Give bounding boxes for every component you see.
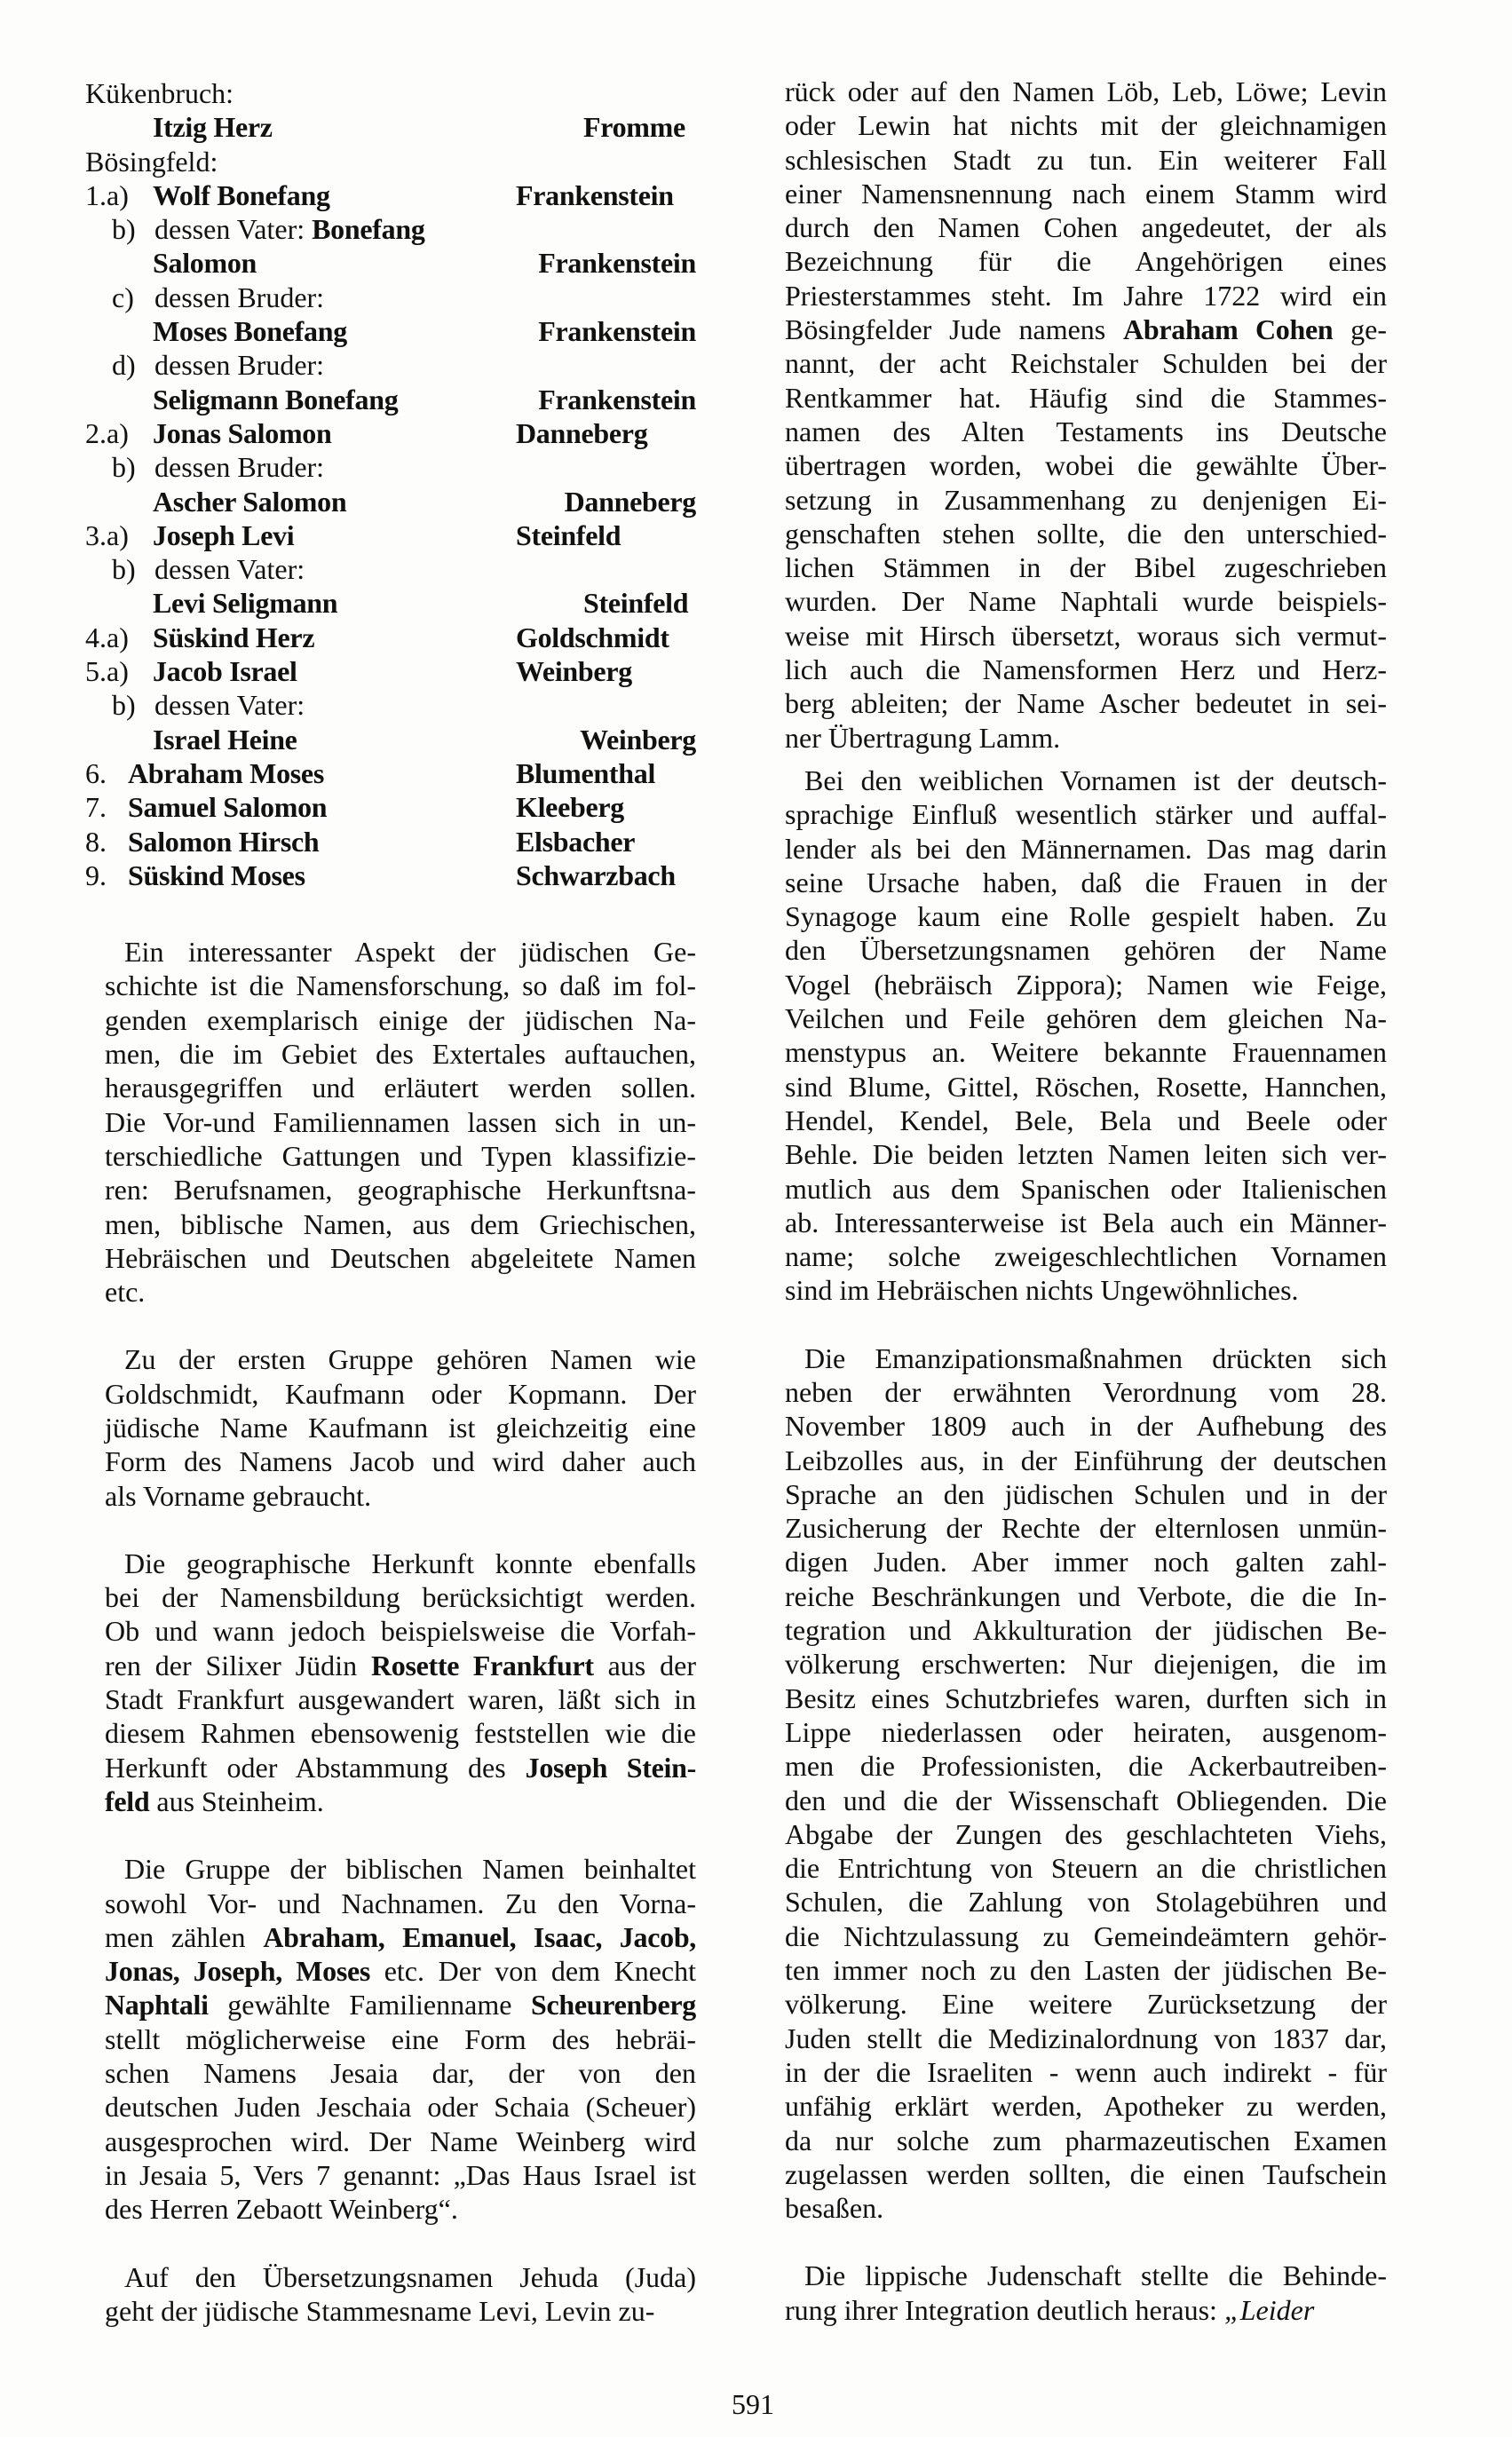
label: dessen Bruder: xyxy=(154,451,324,483)
paragraph: Die Gruppe der biblischen Namen beinhalt… xyxy=(85,1852,696,2226)
text-line: schen Namens Jesaia dar, der von den xyxy=(85,2056,696,2090)
family-name: Weinberg xyxy=(516,654,632,688)
text-line: jüdische Name Kaufmann ist gleichzeitig … xyxy=(85,1411,696,1444)
text-line: Zusicherung der Rechte der elternlosen u… xyxy=(765,1511,1387,1545)
label: Kükenbruch: xyxy=(85,77,234,109)
text-line: Die lippische Judenschaft stellte die Be… xyxy=(765,2259,1387,2292)
text-line: als Vorname gebraucht. xyxy=(85,1479,696,1513)
text-line: da nur solche zum pharmazeutischen Exame… xyxy=(765,2124,1387,2157)
text-line: ab. Interessanterweise ist Bela auch ein… xyxy=(765,1206,1387,1239)
list-number: 9. xyxy=(85,858,128,892)
person-name: Süskind Herz xyxy=(153,621,314,653)
text-line: ner Übertragung Lamm. xyxy=(765,721,1387,755)
label: dessen Bruder: xyxy=(154,281,324,313)
text-line: Synagoge kaum eine Rolle gespielt haben.… xyxy=(765,899,1387,933)
text-line: men, die im Gebiet des Extertales auftau… xyxy=(85,1037,696,1071)
text-line: einer Namensnennung nach einem Stamm wir… xyxy=(765,177,1387,210)
family-name: Frankenstein xyxy=(538,246,696,280)
text-line: men zählen Abraham, Emanuel, Isaac, Jaco… xyxy=(85,1920,696,1954)
text-line: sowohl Vor- und Nachnamen. Zu den Vorna- xyxy=(85,1887,696,1920)
list-item: Bösingfeld: xyxy=(85,145,696,178)
list-item: 1.a)Wolf BonefangFrankenstein xyxy=(85,178,696,212)
list-item: 6.Abraham MosesBlumenthal xyxy=(85,756,696,790)
person-name: Süskind Moses xyxy=(128,859,305,891)
family-name: Danneberg xyxy=(565,485,696,518)
text-line: den Übersetzungsnamen gehören der Name xyxy=(765,933,1387,967)
text-line: Ein interessanter Aspekt der jüdischen G… xyxy=(85,935,696,969)
text-line: menstypus an. Weitere bekannte Frauennam… xyxy=(765,1035,1387,1069)
text-line: men, biblische Namen, aus dem Griechisch… xyxy=(85,1207,696,1241)
bold-name: feld xyxy=(105,1785,149,1817)
list-number: 6. xyxy=(85,756,128,790)
text-line: Sprache an den jüdischen Schulen und in … xyxy=(765,1477,1387,1511)
text-line: feld aus Steinheim. xyxy=(85,1784,696,1818)
paragraph: Ein interessanter Aspekt der jüdischen G… xyxy=(85,935,696,1309)
text-line: rung ihrer Integration deutlich heraus: … xyxy=(765,2293,1387,2327)
list-item: Israel HeineWeinberg xyxy=(85,723,696,756)
text-line: herausgegriffen und erläutert werden sol… xyxy=(85,1071,696,1104)
person-name: Ascher Salomon xyxy=(153,486,346,518)
text-line: in Jesaia 5, Vers 7 genannt: „Das Haus I… xyxy=(85,2158,696,2192)
family-name: Goldschmidt xyxy=(516,621,669,654)
list-item: 2.a)Jonas SalomonDanneberg xyxy=(85,416,696,450)
family-name: Steinfeld xyxy=(516,518,621,552)
text-line: Bezeichnung für die Angehörigen eines xyxy=(765,244,1387,278)
family-name: Kleeberg xyxy=(516,790,624,824)
text-line: ten immer noch zu den Lasten der jüdisch… xyxy=(765,1953,1387,1987)
document-page: Kükenbruch:Itzig HerzFrommeBösingfeld:1.… xyxy=(0,0,1512,2437)
text-line: geht der jüdische Stammesname Levi, Levi… xyxy=(85,2294,696,2328)
label: dessen Vater: xyxy=(154,553,305,585)
list-item: Itzig HerzFromme xyxy=(85,110,696,144)
text-line: Besitz eines Schutzbriefes waren, durfte… xyxy=(765,1681,1387,1715)
person-name: Itzig Herz xyxy=(153,111,273,143)
text-line: Priesterstammes steht. Im Jahre 1722 wir… xyxy=(765,279,1387,313)
text-line: tegration und Akkulturation der jüdische… xyxy=(765,1613,1387,1647)
paragraph: rück oder auf den Namen Löb, Leb, Löwe; … xyxy=(765,75,1387,755)
right-column: rück oder auf den Namen Löb, Leb, Löwe; … xyxy=(765,75,1387,2327)
family-name: Fromme xyxy=(583,110,685,144)
text-line: digen Juden. Aber immer noch galten zahl… xyxy=(765,1545,1387,1579)
paragraph: Zu der ersten Gruppe gehören Namen wieGo… xyxy=(85,1342,696,1512)
text-line: schlesischen Stadt zu tun. Ein weiterer … xyxy=(765,143,1387,177)
list-number: 8. xyxy=(85,825,128,858)
person-name: Seligmann Bonefang xyxy=(153,384,398,415)
text-line: Vogel (hebräisch Zippora); Namen wie Fei… xyxy=(765,968,1387,1001)
list-item: b)dessen Vater: xyxy=(85,552,696,586)
list-number: c) xyxy=(112,281,154,314)
text-line: Leibzolles aus, in der Einführung der de… xyxy=(765,1444,1387,1477)
text-line: genschaften stehen sollte, die den unter… xyxy=(765,517,1387,550)
text-line: stellt möglicherweise eine Form des hebr… xyxy=(85,2022,696,2056)
label: dessen Bruder: xyxy=(154,349,324,381)
text-line: lender als bei den Männernamen. Das mag … xyxy=(765,832,1387,866)
list-item: 4.a)Süskind HerzGoldschmidt xyxy=(85,621,696,654)
text-line: zugelassen werden sollten, die einen Tau… xyxy=(765,2157,1387,2191)
text-line: in der die Israeliten - wenn auch indire… xyxy=(765,2055,1387,2089)
person-name: Jacob Israel xyxy=(153,655,297,687)
text-line: November 1809 auch in der Aufhebung des xyxy=(765,1409,1387,1443)
text-line: sprachige Einfluß wesentlich stärker und… xyxy=(765,797,1387,831)
person-name: Israel Heine xyxy=(153,724,297,756)
list-item: 8.Salomon HirschElsbacher xyxy=(85,825,696,858)
label: Bösingfeld: xyxy=(85,146,218,178)
list-number: 3.a) xyxy=(85,518,153,552)
text-line: Rentkammer hat. Häufig sind die Stammes- xyxy=(765,381,1387,415)
list-number: b) xyxy=(112,688,154,722)
text-line: Juden stellt die Medizinalordnung von 18… xyxy=(765,2022,1387,2055)
text-line: völkerung erschwerten: Nur diejenigen, d… xyxy=(765,1647,1387,1681)
text-line: diesem Rahmen ebensowenig feststellen wi… xyxy=(85,1716,696,1750)
text-line: neben der erwähnten Verordnung vom 28. xyxy=(765,1375,1387,1409)
text-line: Zu der ersten Gruppe gehören Namen wie xyxy=(85,1342,696,1376)
text-line: Die Vor-und Familiennamen lassen sich in… xyxy=(85,1105,696,1139)
family-name: Weinberg xyxy=(580,723,696,756)
list-item: b)dessen Vater: xyxy=(85,688,696,722)
text-line: berg ableiten; der Name Ascher bedeutet … xyxy=(765,686,1387,720)
family-name: Frankenstein xyxy=(538,314,696,348)
label: dessen Vater: xyxy=(154,213,305,245)
text-line: Veilchen und Feile gehören dem gleichen … xyxy=(765,1001,1387,1035)
text-line: setzung in Zusammenhang zu denjenigen Ei… xyxy=(765,483,1387,517)
list-item: 3.a)Joseph LeviSteinfeld xyxy=(85,518,696,552)
family-name: Frankenstein xyxy=(538,383,696,416)
text-line: besaßen. xyxy=(765,2191,1387,2225)
text-line: namen des Alten Testaments ins Deutsche xyxy=(765,415,1387,448)
text-line: Ob und wann jedoch beispielsweise die Vo… xyxy=(85,1614,696,1648)
list-item: Moses BonefangFrankenstein xyxy=(85,314,696,348)
text-line: terschiedliche Gattungen und Typen klass… xyxy=(85,1139,696,1173)
list-number: b) xyxy=(112,450,154,484)
text-line: unfähig erklärt werden, Apotheker zu wer… xyxy=(765,2089,1387,2123)
person-name: Wolf Bonefang xyxy=(153,179,330,211)
text-line: ausgesprochen wird. Der Name Weinberg wi… xyxy=(85,2124,696,2158)
bold-name: Scheurenberg xyxy=(531,1989,696,2021)
text-line: ren: Berufsnamen, geographische Herkunft… xyxy=(85,1173,696,1207)
text-line: rück oder auf den Namen Löb, Leb, Löwe; … xyxy=(765,75,1387,108)
text-line: schichte ist die Namensforschung, so daß… xyxy=(85,969,696,1002)
text-line: deutschen Juden Jeschaia oder Schaia (Sc… xyxy=(85,2090,696,2124)
text-line: genden exemplarisch einige der jüdischen… xyxy=(85,1003,696,1037)
text-line: mutlich aus dem Spanischen oder Italieni… xyxy=(765,1172,1387,1206)
person-name: Levi Seligmann xyxy=(153,587,337,619)
text-line: wurden. Der Name Naphtali wurde beispiel… xyxy=(765,584,1387,618)
text-line: nannt, der acht Reichstaler Schulden bei… xyxy=(765,346,1387,380)
text-line: Abgabe der Zungen des geschlachteten Vie… xyxy=(765,1817,1387,1851)
text-line: reiche Beschränkungen und Verbote, die d… xyxy=(765,1579,1387,1613)
list-item: Seligmann BonefangFrankenstein xyxy=(85,383,696,416)
bold-name: Jonas, Joseph, Moses xyxy=(105,1955,370,1987)
text-line: lichen Stämmen in der Bibel zugeschriebe… xyxy=(765,550,1387,584)
person-name: Moses Bonefang xyxy=(153,315,347,347)
paragraph: Auf den Übersetzungsnamen Jehuda (Juda)g… xyxy=(85,2260,696,2329)
name-list: Kükenbruch:Itzig HerzFrommeBösingfeld:1.… xyxy=(85,76,696,892)
text-line: Stadt Frankfurt ausgewandert waren, läßt… xyxy=(85,1682,696,1716)
text-line: Hendel, Kendel, Bele, Bela und Beele ode… xyxy=(765,1104,1387,1137)
person-name: Abraham Moses xyxy=(128,757,324,789)
text-line: ren der Silixer Jüdin Rosette Frankfurt … xyxy=(85,1649,696,1682)
text-line: sind Blume, Gittel, Röschen, Rosette, Ha… xyxy=(765,1070,1387,1104)
family-name: Elsbacher xyxy=(516,825,635,858)
label: dessen Vater: xyxy=(154,689,305,721)
list-item: b)dessen Vater: Bonefang xyxy=(85,212,696,246)
text-line: Goldschmidt, Kaufmann oder Kopmann. Der xyxy=(85,1377,696,1411)
family-name: Frankenstein xyxy=(516,178,674,212)
paragraph: Die Emanzipationsmaßnahmen drückten sich… xyxy=(765,1341,1387,2226)
person-name: Jonas Salomon xyxy=(153,417,332,449)
list-item: SalomonFrankenstein xyxy=(85,246,696,280)
text-line: Herkunft oder Abstammung des Joseph Stei… xyxy=(85,1751,696,1784)
text-line: Die Emanzipationsmaßnahmen drückten sich xyxy=(765,1341,1387,1375)
list-number: 7. xyxy=(85,790,128,824)
list-number: 5.a) xyxy=(85,654,153,688)
text-line: lich auch die Namensformen Herz und Herz… xyxy=(765,653,1387,686)
family-name: Blumenthal xyxy=(516,756,655,790)
text-line: völkerung. Eine weitere Zurücksetzung de… xyxy=(765,1987,1387,2021)
text-line: Die Gruppe der biblischen Namen beinhalt… xyxy=(85,1852,696,1886)
paragraph: Die geographische Herkunft konnte ebenfa… xyxy=(85,1547,696,1818)
person-name: Bonefang xyxy=(312,213,424,245)
family-name: Steinfeld xyxy=(583,586,688,620)
list-number: b) xyxy=(112,552,154,586)
list-item: c)dessen Bruder: xyxy=(85,281,696,314)
italic-quote: „Leider xyxy=(1224,2294,1314,2326)
left-column: Kükenbruch:Itzig HerzFrommeBösingfeld:1.… xyxy=(85,76,696,2328)
list-item: Levi SeligmannSteinfeld xyxy=(85,586,696,620)
paragraph: Bei den weiblichen Vornamen ist der deut… xyxy=(765,764,1387,1308)
bold-name: Joseph Stein- xyxy=(526,1752,696,1784)
text-line: bei der Namensbildung berücksichtigt wer… xyxy=(85,1580,696,1614)
text-line: die Nichtzulassung zu Gemeindeämtern geh… xyxy=(765,1919,1387,1953)
text-line: Bösingfelder Jude namens Abraham Cohen g… xyxy=(765,313,1387,346)
list-item: 7.Samuel SalomonKleeberg xyxy=(85,790,696,824)
person-name: Salomon xyxy=(153,247,257,279)
text-line: die Entrichtung von Steuern an die chris… xyxy=(765,1851,1387,1885)
text-line: Auf den Übersetzungsnamen Jehuda (Juda) xyxy=(85,2260,696,2294)
person-name: Samuel Salomon xyxy=(128,791,327,823)
list-item: 9.Süskind MosesSchwarzbach xyxy=(85,858,696,892)
list-item: d)dessen Bruder: xyxy=(85,348,696,382)
left-paragraphs: Ein interessanter Aspekt der jüdischen G… xyxy=(85,901,696,2328)
text-line: Lippe niederlassen oder heiraten, ausgen… xyxy=(765,1715,1387,1749)
list-item: 5.a)Jacob IsraelWeinberg xyxy=(85,654,696,688)
list-number: d) xyxy=(112,348,154,382)
text-line: Bei den weiblichen Vornamen ist der deut… xyxy=(765,764,1387,797)
text-line: Hebräischen und Deutschen abgeleitete Na… xyxy=(85,1241,696,1275)
right-paragraphs: rück oder auf den Namen Löb, Leb, Löwe; … xyxy=(765,75,1387,2327)
list-number: 4.a) xyxy=(85,621,153,654)
text-line: name; solche zweigeschlechtlichen Vornam… xyxy=(765,1239,1387,1273)
list-item: Kükenbruch: xyxy=(85,76,696,110)
list-item: Ascher SalomonDanneberg xyxy=(85,485,696,518)
paragraph: Die lippische Judenschaft stellte die Be… xyxy=(765,2259,1387,2327)
text-line: Schulen, die Zahlung von Stolagebühren u… xyxy=(765,1885,1387,1919)
list-item: b)dessen Bruder: xyxy=(85,450,696,484)
text-line: seine Ursache haben, daß die Frauen in d… xyxy=(765,866,1387,899)
text-line: übertragen worden, wobei die gewählte Üb… xyxy=(765,448,1387,482)
text-line: oder Lewin hat nichts mit der gleichnami… xyxy=(765,108,1387,142)
person-name: Joseph Levi xyxy=(153,519,294,551)
bold-name: Naphtali xyxy=(105,1989,209,2021)
bold-name: Rosette Frankfurt xyxy=(371,1650,594,1681)
text-line: durch den Namen Cohen angedeutet, der al… xyxy=(765,210,1387,244)
list-number: b) xyxy=(112,212,154,246)
family-name: Danneberg xyxy=(516,416,647,450)
list-number: 1.a) xyxy=(85,178,153,212)
text-line: Naphtali gewählte Familienname Scheurenb… xyxy=(85,1988,696,2022)
bold-name: Abraham, Emanuel, Isaac, Jacob, xyxy=(263,1921,696,1953)
text-line: Die geographische Herkunft konnte ebenfa… xyxy=(85,1547,696,1580)
text-line: men die Professionisten, die Ackerbautre… xyxy=(765,1749,1387,1783)
text-line: Behle. Die beiden letzten Namen leiten s… xyxy=(765,1137,1387,1171)
bold-name: Abraham Cohen xyxy=(1123,313,1333,345)
text-line: sind im Hebräischen nichts Ungewöhnliche… xyxy=(765,1273,1387,1307)
family-name: Schwarzbach xyxy=(516,858,676,892)
person-name: Salomon Hirsch xyxy=(128,826,319,858)
text-line: etc. xyxy=(85,1275,696,1309)
text-line: Jonas, Joseph, Moses etc. Der von dem Kn… xyxy=(85,1954,696,1988)
text-line: Form des Namens Jacob und wird daher auc… xyxy=(85,1444,696,1478)
text-line: des Herren Zebaott Weinberg“. xyxy=(85,2192,696,2226)
list-number: 2.a) xyxy=(85,416,153,450)
text-line: den und die der Wissenschaft Obliegenden… xyxy=(765,1784,1387,1817)
page-number: 591 xyxy=(732,2388,774,2421)
text-line: weise mit Hirsch übersetzt, woraus sich … xyxy=(765,619,1387,653)
